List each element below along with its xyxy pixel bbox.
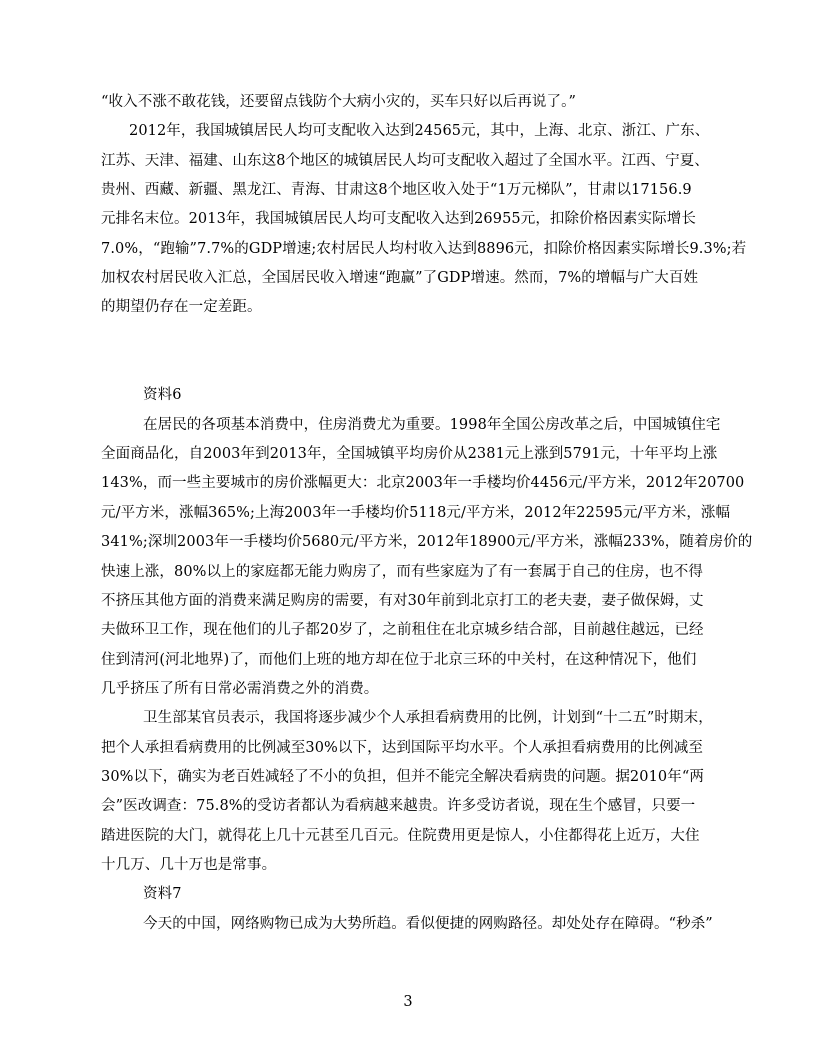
text-line: 把个人承担看病费用的比例减至30%以下，达到国际平均水平。个人承担看病费用的比例… xyxy=(101,734,717,763)
text-line xyxy=(101,323,717,352)
text-line: 住到清河(河北地界)了，而他们上班的地方却在位于北京三环的中关村，在这种情况下，… xyxy=(101,646,717,675)
text-line: 资料6 xyxy=(101,381,717,410)
text-line: 快速上涨，80%以上的家庭都无能力购房了，而有些家庭为了有一套属于自己的住房，也… xyxy=(101,558,717,587)
document-text: “收入不涨不敢花钱，还要留点钱防个大病小灾的，买车只好以后再说了。”2012年，… xyxy=(101,88,717,939)
text-line: 资料7 xyxy=(101,880,717,909)
text-line: 不挤压其他方面的消费来满足购房的需要，有对30年前到北京打工的老夫妻，妻子做保姆… xyxy=(101,587,717,616)
text-line xyxy=(101,352,717,381)
text-line: 贵州、西藏、新疆、黑龙江、青海、甘肃这8个地区收入处于“1万元梯队”，甘肃以17… xyxy=(101,176,717,205)
text-line: 会”医改调查：75.8%的受访者都认为看病越来越贵。许多受访者说，现在生个感冒，… xyxy=(101,792,717,821)
text-line: 341%;深圳2003年一手楼均价5680元/平方米，2012年18900元/平… xyxy=(101,528,717,557)
text-line: 踏进医院的大门，就得花上几十元甚至几百元。住院费用更是惊人，小住都得花上近万，大… xyxy=(101,822,717,851)
text-line: 元/平方米，涨幅365%;上海2003年一手楼均价5118元/平方米，2012年… xyxy=(101,499,717,528)
text-line: 143%，而一些主要城市的房价涨幅更大：北京2003年一手楼均价4456元/平方… xyxy=(101,469,717,498)
document-page: “收入不涨不敢花钱，还要留点钱防个大病小灾的，买车只好以后再说了。”2012年，… xyxy=(0,0,816,1056)
text-line: 今天的中国，网络购物已成为大势所趋。看似便捷的网购路径。却处处存在障碍。“秒杀” xyxy=(101,910,717,939)
page-number: 3 xyxy=(0,992,816,1012)
text-line: 2012年，我国城镇居民人均可支配收入达到24565元，其中，上海、北京、浙江、… xyxy=(101,117,717,146)
text-line: 30%以下，确实为老百姓减轻了不小的负担，但并不能完全解决看病贵的问题。据201… xyxy=(101,763,717,792)
text-line: 元排名末位。2013年，我国城镇居民人均可支配收入达到26955元，扣除价格因素… xyxy=(101,205,717,234)
text-line: 的期望仍存在一定差距。 xyxy=(101,293,717,322)
text-line: 几乎挤压了所有日常必需消费之外的消费。 xyxy=(101,675,717,704)
text-line: “收入不涨不敢花钱，还要留点钱防个大病小灾的，买车只好以后再说了。” xyxy=(101,88,717,117)
text-line: 全面商品化，自2003年到2013年，全国城镇平均房价从2381元上涨到5791… xyxy=(101,440,717,469)
text-line: 夫做环卫工作，现在他们的儿子都20岁了，之前租住在北京城乡结合部，目前越住越远，… xyxy=(101,616,717,645)
text-line: 十几万、几十万也是常事。 xyxy=(101,851,717,880)
text-line: 在居民的各项基本消费中，住房消费尤为重要。1998年全国公房改革之后，中国城镇住… xyxy=(101,411,717,440)
text-line: 7.0%，“跑输”7.7%的GDP增速;农村居民人均村收入达到8896元，扣除价… xyxy=(101,235,717,264)
text-line: 加权农村居民收入汇总，全国居民收入增速“跑赢”了GDP增速。然而，7%的增幅与广… xyxy=(101,264,717,293)
text-line: 卫生部某官员表示，我国将逐步减少个人承担看病费用的比例，计划到“十二五”时期末， xyxy=(101,704,717,733)
text-line: 江苏、天津、福建、山东这8个地区的城镇居民人均可支配收入超过了全国水平。江西、宁… xyxy=(101,147,717,176)
